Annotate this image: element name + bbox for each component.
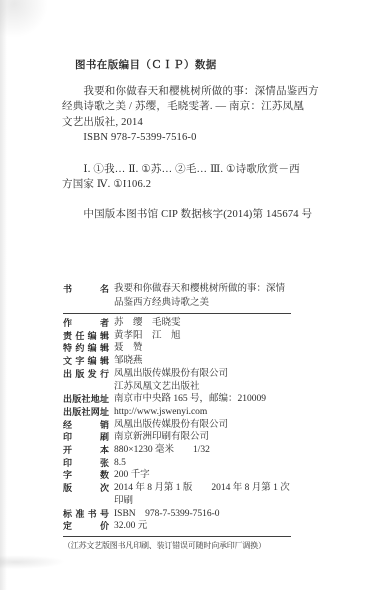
row-value: 邹晓燕	[114, 355, 291, 368]
colophon-row-sheets: 印张 8.5	[63, 457, 291, 470]
cip-classification: Ⅰ. ①我… Ⅱ. ①苏… ②毛… Ⅲ. ①诗歌欣赏－西 方国家 Ⅳ. ①I10…	[62, 162, 357, 193]
row-value: 凤凰出版传媒股份有限公司	[114, 419, 291, 432]
colophon-row-word-count: 字数 200 千字	[63, 469, 291, 482]
row-value: 凤凰出版传媒股份有限公司 江苏凤凰文艺出版社	[114, 368, 291, 393]
row-value: http://www.jswenyi.com	[114, 406, 291, 419]
row-value: 2014 年 8 月第 1 版 2014 年 8 月第 1 次印刷	[114, 482, 291, 507]
colophon-row-responsible-editor: 责任编辑 黄孝阳 江 旭	[63, 330, 291, 343]
row-label: 作者	[63, 317, 109, 330]
row-value: 南京新洲印刷有限公司	[114, 431, 291, 444]
row-label: 版次	[63, 482, 109, 495]
row-value: 200 千字	[114, 469, 291, 482]
row-value: 聂 赞	[114, 342, 291, 355]
colophon-row-printer: 印刷 南京新洲印刷有限公司	[63, 431, 291, 444]
row-label: 出版社网址	[63, 406, 109, 419]
divider-rule-top	[63, 313, 291, 314]
row-label: 印刷	[63, 431, 109, 444]
row-value: 南京市中央路 165 号，邮编：210009	[114, 393, 291, 406]
row-label: 经销	[63, 419, 109, 432]
colophon-row-price: 定价 32.00 元	[63, 520, 291, 533]
colophon-table: 书名 我要和你做春天和樱桃树所做的事：深情 品鉴西方经典诗歌之美 作者 苏 缨 …	[63, 283, 291, 551]
row-label: 文字编辑	[63, 355, 109, 368]
colophon-row-distributor: 经销 凤凰出版传媒股份有限公司	[63, 419, 291, 432]
colophon-row-special-editor: 特约编辑 聂 赞	[63, 342, 291, 355]
book-copyright-page: 图书在版编目（ＣＩＰ）数据 我要和你做春天和樱桃树所做的事：深情品鉴西方 经典诗…	[0, 0, 375, 590]
row-label: 开本	[63, 444, 109, 457]
row-label: 出版发行	[63, 368, 109, 381]
row-label: 书名	[63, 283, 109, 297]
row-label: 标准书号	[63, 508, 109, 521]
colophon-row-publisher-website: 出版社网址 http://www.jswenyi.com	[63, 406, 291, 419]
divider-rule-bottom	[63, 536, 291, 537]
colophon-row-isbn: 标准书号 ISBN 978-7-5399-7516-0	[63, 508, 291, 521]
colophon-row-publisher-address: 出版社地址 南京市中央路 165 号，邮编：210009	[63, 393, 291, 406]
row-label: 出版社地址	[63, 393, 109, 406]
colophon-row-text-editor: 文字编辑 邹晓燕	[63, 355, 291, 368]
row-label: 定价	[63, 520, 109, 533]
printing-error-note: （江苏文艺版图书凡印刷、装订错误可随时向承印厂调换）	[63, 540, 291, 551]
row-value: 880×1230 毫米 1/32	[114, 444, 291, 457]
colophon-row-author: 作者 苏 缨 毛晓雯	[63, 317, 291, 330]
row-label: 特约编辑	[63, 342, 109, 355]
colophon-row-publisher: 出版发行 凤凰出版传媒股份有限公司 江苏凤凰文艺出版社	[63, 368, 291, 393]
cip-record-number: 中国版本图书馆 CIP 数据核字(2014)第 145674 号	[62, 206, 312, 221]
row-label: 印张	[63, 457, 109, 470]
row-value: 黄孝阳 江 旭	[114, 330, 291, 343]
row-label: 字数	[63, 469, 109, 482]
row-label: 责任编辑	[63, 330, 109, 343]
cip-description: 我要和你做春天和樱桃树所做的事：深情品鉴西方 经典诗歌之美 / 苏缨，毛晓雯著.…	[62, 84, 357, 146]
colophon-row-edition: 版次 2014 年 8 月第 1 版 2014 年 8 月第 1 次印刷	[63, 482, 291, 507]
colophon-row-format: 开本 880×1230 毫米 1/32	[63, 444, 291, 457]
row-value: 8.5	[114, 457, 291, 470]
row-value: ISBN 978-7-5399-7516-0	[114, 508, 291, 521]
row-value: 我要和你做春天和樱桃树所做的事：深情 品鉴西方经典诗歌之美	[114, 283, 291, 310]
row-value: 苏 缨 毛晓雯	[114, 317, 291, 330]
cip-header: 图书在版编目（ＣＩＰ）数据	[75, 57, 217, 72]
colophon-row-book-title: 书名 我要和你做春天和樱桃树所做的事：深情 品鉴西方经典诗歌之美	[63, 283, 291, 310]
row-value: 32.00 元	[114, 520, 291, 533]
